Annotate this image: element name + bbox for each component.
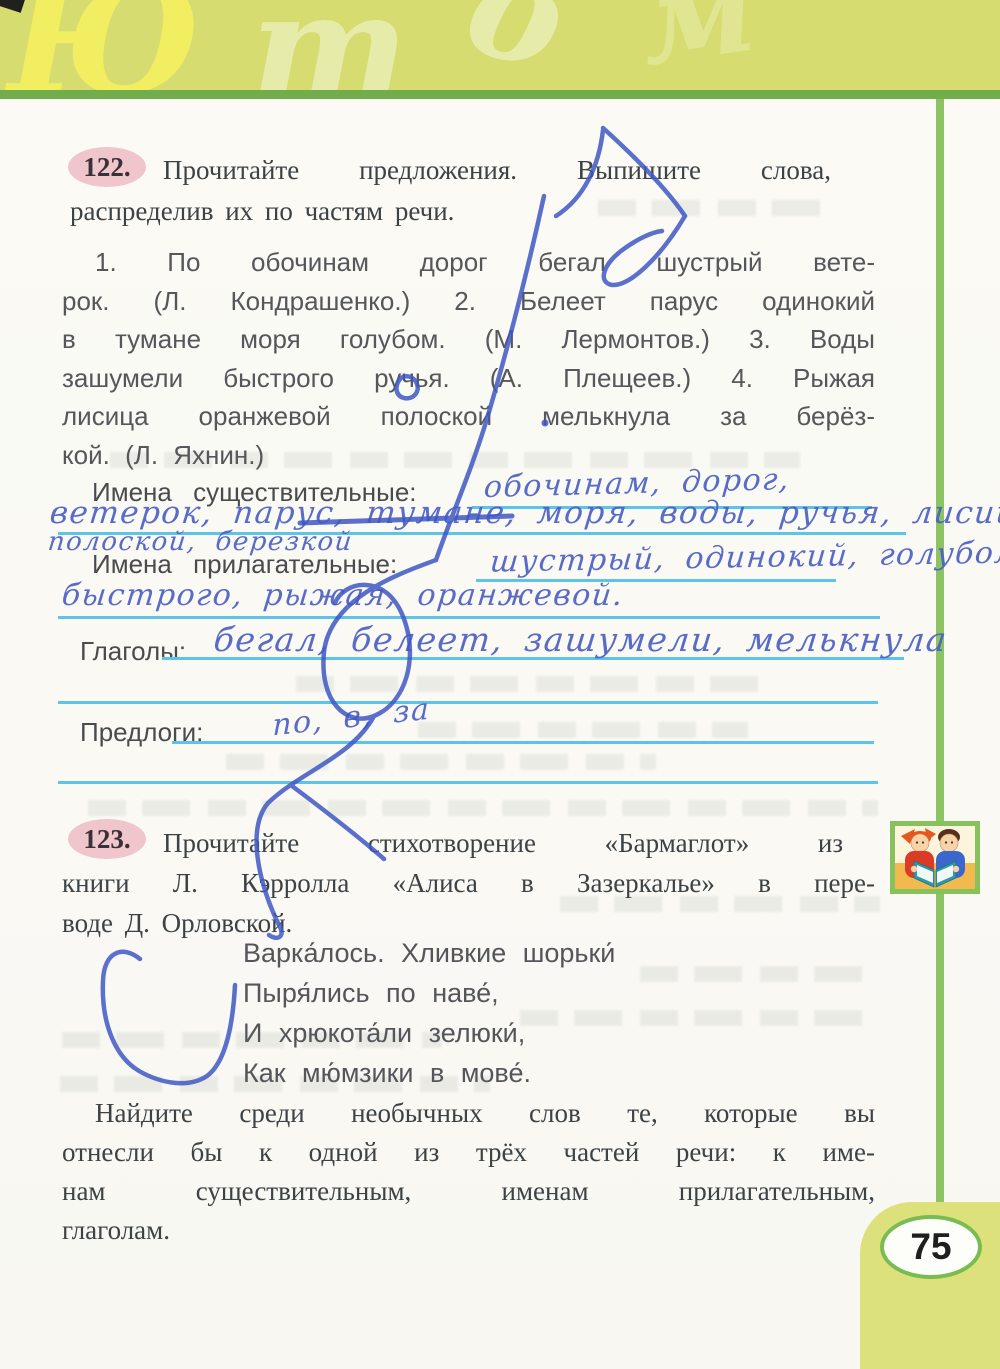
exercise-123-number: 123. (83, 824, 130, 855)
answer-label-verbs: Глаголы: (80, 636, 186, 667)
sentence-line: зашумели быстрого ручья. (А. Плещеев.) 4… (62, 359, 875, 397)
bleed-through-text (520, 1010, 870, 1026)
header-band: Ю т о м (0, 0, 1000, 90)
handwriting-adjectives-line: шустрый, одинокий, голубом (489, 535, 1000, 579)
task-line: отнесли бы к одной из трёх частей речи: … (62, 1133, 875, 1171)
answer-rule (58, 781, 878, 784)
workbook-page-scan: Ю т о м 122. Прочитайте предложения. Вып… (0, 0, 1000, 1369)
decorative-letter: Ю (8, 0, 201, 90)
task-line: глаголам. (62, 1211, 170, 1249)
sentence-line: рок. (Л. Кондрашенко.) 2. Белеет парус о… (62, 282, 875, 320)
exercise-123-instruction-line: воде Д. Орловской. (62, 904, 292, 942)
exercise-122-instruction-line: распределив их по частям речи. (70, 192, 454, 230)
poem-line: Пыря́лись по наве́, (243, 978, 499, 1009)
exercise-122-instruction-line: Прочитайте предложения. Выпишите слова, (163, 151, 831, 189)
bleed-through-text (226, 754, 656, 770)
task-line: Найдите среди необычных слов те, которые… (95, 1094, 875, 1132)
bleed-through-text (88, 800, 878, 816)
handwriting-nouns-line: ветерок, парус, тумане, моря, воды, ручь… (48, 495, 1000, 531)
poem-line: Как мю́мзики в мове́. (243, 1058, 531, 1089)
handwriting-verbs-line: бегал, белеет, зашумели, мелькнула (212, 620, 949, 659)
sentence-line: лисица оранжевой полоской мелькнула за б… (62, 397, 875, 435)
answer-rule (58, 616, 880, 619)
poem-line: Варка́лось. Хливкие шорьки́ (243, 938, 615, 969)
answer-rule (58, 701, 878, 704)
handwriting-adjectives-line: быстрого, рыжая, оранжевой. (60, 578, 625, 613)
children-reading-book-drawing (895, 826, 975, 889)
sentence-line: кой. (Л. Яхнин.) (62, 436, 264, 474)
poem-line: И хрюкота́ли зелюки́, (243, 1018, 525, 1049)
page-number-badge: 75 (880, 1215, 982, 1279)
bleed-through-text (640, 966, 880, 982)
answer-label-adjectives: Имена прилагательные: (92, 549, 397, 580)
children-reading-book-icon (890, 821, 980, 894)
task-line: нам существительным, именам прилагательн… (62, 1172, 875, 1210)
decorative-letter: м (631, 0, 764, 90)
sentence-line: в тумане моря голубом. (М. Лермонтов.) 3… (62, 320, 875, 358)
bleed-through-text (296, 676, 766, 692)
bleed-through-text (598, 200, 833, 216)
exercise-123-instruction-line: Прочитайте стихотворение «Бармаглот» из (163, 824, 843, 862)
exercise-122-number: 122. (83, 152, 130, 183)
bleed-through-text (418, 722, 748, 738)
exercise-122-number-badge: 122. (68, 147, 146, 187)
decorative-letter: о (452, 0, 582, 90)
handwriting-prepositions-line: по, в, за (272, 692, 430, 744)
exercise-123-instruction-line: книги Л. Кэрролла «Алиса в Зазеркалье» в… (62, 864, 875, 902)
header-green-strip (0, 90, 1000, 99)
page-number-block: 75 (860, 1202, 1000, 1369)
sentence-line: 1. По обочинам дорог бегал шустрый вете- (95, 243, 875, 281)
page-number: 75 (910, 1226, 951, 1268)
decorative-letter: т (250, 0, 409, 90)
exercise-123-number-badge: 123. (68, 819, 146, 859)
